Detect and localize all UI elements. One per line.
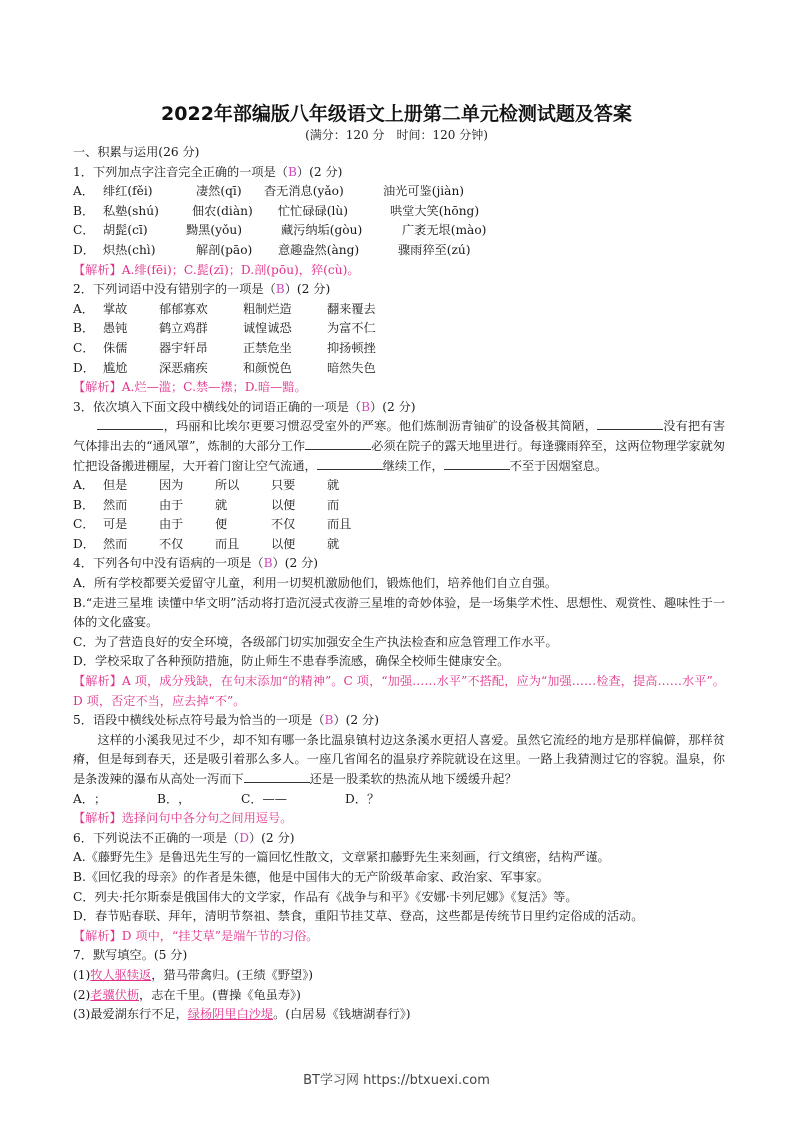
- question-3-option-a: A． 但是 因为 所以 只要 就: [73, 476, 725, 496]
- question-6-option-d: D．春节贴春联、拜年，清明节祭祖、禁食，重阳节挂艾草、登高，这些都是传统节日里约…: [73, 907, 725, 927]
- fill-answer: 牧人驱犊返: [90, 968, 151, 982]
- question-5-options: A．； B．， C．—— D．？: [73, 790, 725, 810]
- question-4-stem: 4．下列各句中没有语病的一项是（B）(2 分): [73, 554, 725, 574]
- question-1-stem: 1．下列加点字注音完全正确的一项是（B）(2 分): [73, 163, 725, 183]
- question-1-option-a: A． 绯红(fěi) 凄然(qī) 杳无消息(yǎo) 油光可鉴(jiàn): [73, 182, 725, 202]
- fill-blank: [444, 457, 510, 470]
- question-6-option-a: A.《藤野先生》是鲁迅先生写的一篇回忆性散文，文章紧扣藤野先生来刻画，行文缜密，…: [73, 848, 725, 868]
- question-2-option-c: C． 侏儒 器宇轩昂 正禁危坐 抑扬顿挫: [73, 339, 725, 359]
- answer-letter: B: [288, 165, 297, 179]
- answer-letter: B: [276, 282, 285, 296]
- question-5-passage: 这样的小溪我见过不少，却不知有哪一条比温泉镇村边这条溪水更招人喜爱。虽然它流经的…: [73, 731, 725, 790]
- question-1-option-d: D． 炽热(chì) 解剖(pāo) 意趣盎然(àng) 骤雨猝至(zú): [73, 241, 725, 261]
- fill-blank: [305, 437, 371, 450]
- question-5-option-a: A．；: [73, 790, 157, 810]
- document-page: 2022年部编版八年级语文上册第二单元检测试题及答案 (满分：120 分 时间：…: [0, 0, 793, 1122]
- question-2-option-b: B． 愚钝 鹤立鸡群 诚惶诚恐 为富不仁: [73, 319, 725, 339]
- question-4-option-c: C．为了营造良好的安全环境，各级部门切实加强安全生产执法检查和应急管理工作水平。: [73, 633, 725, 653]
- question-5-option-c: C．——: [241, 790, 345, 810]
- question-7-item-1: (1)牧人驱犊返，猎马带禽归。(王绩《野望》): [73, 966, 725, 986]
- question-6-option-b: B.《回忆我的母亲》的作者是朱德，他是中国伟大的无产阶级革命家、政治家、军事家。: [73, 868, 725, 888]
- question-2-stem: 2．下列词语中没有错别字的一项是（B）(2 分): [73, 280, 725, 300]
- question-1-analysis: 【解析】A.绯(fēi)；C.髭(zī)；D.剖(pōu)，猝(cù)。: [73, 261, 725, 281]
- document-title: 2022年部编版八年级语文上册第二单元检测试题及答案: [0, 99, 793, 126]
- question-2-analysis: 【解析】A.烂—滥；C.禁—襟；D.暗—黯。: [73, 378, 725, 398]
- question-7-item-2: (2)老骥伏枥，志在千里。(曹操《龟虽寿》): [73, 986, 725, 1006]
- answer-letter: D: [239, 831, 249, 845]
- fill-blank: [317, 457, 383, 470]
- question-1-option-b: B． 私塾(shú) 佃农(diàn) 忙忙碌碌(lù) 哄堂大笑(hōng): [73, 202, 725, 222]
- document-content: 一、积累与运用(26 分) 1．下列加点字注音完全正确的一项是（B）(2 分) …: [73, 143, 725, 1025]
- question-6-analysis: 【解析】D 项中，“挂艾草”是端午节的习俗。: [73, 927, 725, 947]
- question-5-option-b: B．，: [157, 790, 241, 810]
- fill-answer: 绿杨阴里白沙堤: [188, 1007, 273, 1021]
- question-7-stem: 7．默写填空。(5 分): [73, 946, 725, 966]
- question-3-option-c: C． 可是 由于 便 不仅 而且: [73, 515, 725, 535]
- question-2-option-d: D． 尴尬 深恶痛疾 和颜悦色 暗然失色: [73, 359, 725, 379]
- question-3-option-b: B． 然而 由于 就 以便 而: [73, 496, 725, 516]
- fill-blank: [244, 770, 310, 783]
- answer-letter: B: [361, 400, 370, 414]
- watermark-footer: BT学习网 https://btxuexi.com: [0, 1069, 793, 1088]
- question-6-option-c: C．列夫·托尔斯泰是俄国伟大的文学家，作品有《战争与和平》《安娜·卡列尼娜》《复…: [73, 888, 725, 908]
- question-4-option-b: B.“走进三星堆 读懂中华文明”活动将打造沉浸式夜游三星堆的奇妙体验，是一场集学…: [73, 594, 725, 633]
- fill-blank: [597, 417, 663, 430]
- question-5-option-d: D．？: [345, 790, 379, 810]
- question-5-analysis: 【解析】选择问句中各分句之间用逗号。: [73, 809, 725, 829]
- question-3-option-d: D． 然而 不仅 而且 以便 就: [73, 535, 725, 555]
- fill-blank: [97, 417, 163, 430]
- section-heading: 一、积累与运用(26 分): [73, 143, 725, 163]
- question-4-option-d: D．学校采取了各种预防措施，防止师生不患春季流感，确保全校师生健康安全。: [73, 652, 725, 672]
- question-4-option-a: A．所有学校都要关爱留守儿童，利用一切契机激励他们，锻炼他们，培养他们自立自强。: [73, 574, 725, 594]
- question-3-passage: ，玛丽和比埃尔更要习惯忍受室外的严寒。他们炼制沥青铀矿的设备极其简陋，没有把有害…: [73, 417, 725, 476]
- question-5-stem: 5．语段中横线处标点符号最为恰当的一项是（B）(2 分): [73, 711, 725, 731]
- document-subtitle: (满分：120 分 时间：120 分钟): [0, 126, 793, 143]
- question-2-option-a: A． 掌故 郁郁寡欢 粗制烂造 翻来覆去: [73, 300, 725, 320]
- question-3-stem: 3．依次填入下面文段中横线处的词语正确的一项是（B）(2 分): [73, 398, 725, 418]
- question-6-stem: 6．下列说法不正确的一项是（D）(2 分): [73, 829, 725, 849]
- question-7-item-3: (3)最爱湖东行不足，绿杨阴里白沙堤。(白居易《钱塘湖春行》): [73, 1005, 725, 1025]
- fill-answer: 老骥伏枥: [90, 988, 139, 1002]
- question-4-analysis: 【解析】A 项，成分残缺，在句末添加“的精神”。C 项，“加强……水平”不搭配，…: [73, 672, 725, 711]
- question-1-option-c: C． 胡髭(cī) 黝黑(yǒu) 藏污纳垢(gòu) 广袤无垠(mào): [73, 221, 725, 241]
- answer-letter: B: [264, 556, 273, 570]
